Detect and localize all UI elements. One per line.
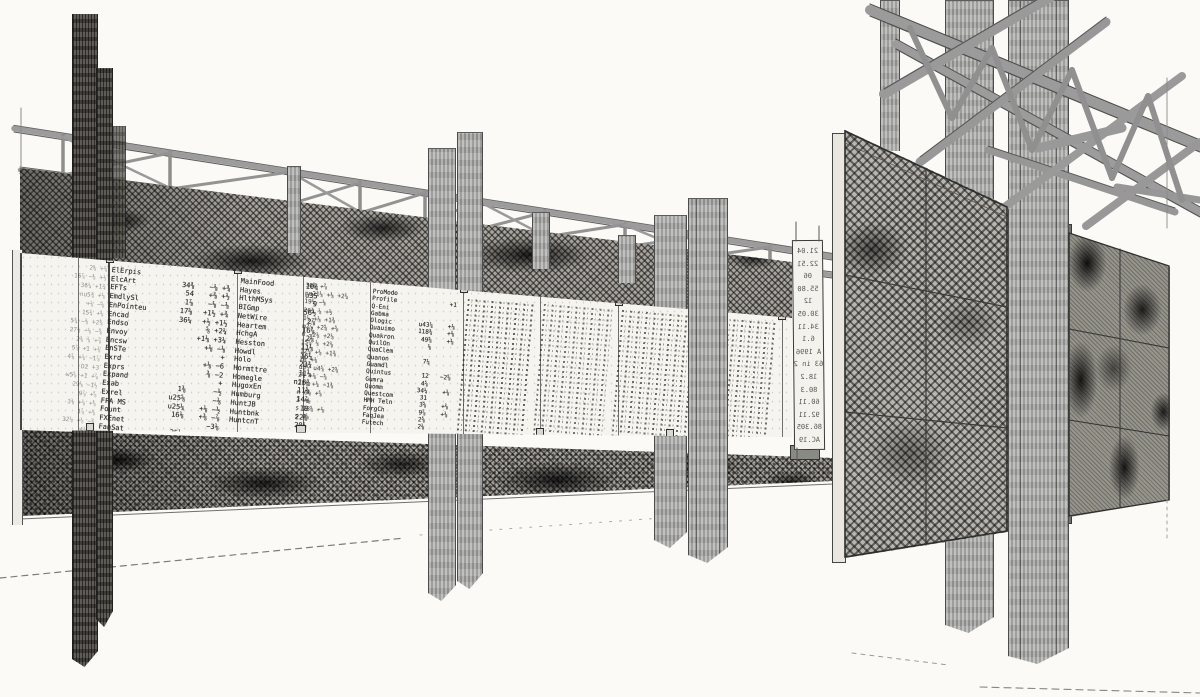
mirrored-number-strip: 21.0422.510655.801230.0534.116.1A 199663… — [792, 240, 825, 450]
panel-clamp — [86, 423, 94, 431]
mirrored-number: 22.51 — [793, 257, 822, 270]
ticker-price: 2⅛ — [398, 422, 425, 431]
foreground-steel-column — [1008, 0, 1069, 664]
mirrored-number: 30.05 — [794, 308, 823, 321]
mirrored-number: A 1996 — [794, 346, 823, 359]
truss-vertical-member — [880, 0, 900, 151]
mirrored-number: 21.04 — [793, 245, 822, 258]
ticker-panel-e-list: ElErpis ElcArt 34⅜ −⅛ +¾ EFTs 54 +⅜ +½ E… — [98, 266, 231, 441]
mesh-panel-edge-return — [832, 133, 846, 563]
mirrored-number: AC.19 — [795, 434, 824, 447]
truss-post-plate — [287, 166, 301, 253]
panel-clamp — [296, 425, 306, 433]
steel-fin-7 — [618, 235, 636, 283]
panel-clamp — [666, 429, 674, 437]
mirrored-number: 80.3 — [794, 383, 823, 396]
mirrored-number: 60.11 — [795, 396, 824, 409]
ticker-panel-q-list: ProModo Profile +1 Q-Eni Gabma Ologic u4… — [361, 288, 457, 433]
mirrored-number: 92.11 — [795, 409, 824, 422]
mirrored-number: 18.2 — [794, 371, 823, 384]
dense-ticker-texture-1 — [456, 296, 535, 441]
steel-fin-6 — [532, 212, 550, 269]
mirrored-number: 63 in 2n — [794, 358, 823, 371]
ticker-panel-h-side-values: 30⅝ +⅞nu21⅛ +⅛ +2¼19¼ −⅛26¾ ⅛ +½1½ +⅛ +1… — [294, 282, 365, 426]
ticker-panel-left-faint: 2⅛ +¼16⅞ −⅛ +½36¼ +1¾nu5¾ +⅛+⅛ −⅝15¾ +⅛5… — [10, 258, 108, 435]
mirrored-number: 55.80 — [793, 283, 822, 296]
dark-fin-column-3 — [112, 126, 126, 258]
ticker-change — [426, 424, 447, 433]
dense-ticker-texture-2 — [533, 302, 614, 441]
steel-fin-column-9 — [688, 198, 728, 563]
mirrored-number: 86.305 — [795, 421, 824, 434]
ticker-symbol: Futech — [361, 419, 396, 429]
architectural-sketch-stage: 2⅛ +¼16⅞ −⅛ +½36¼ +1¾nu5¾ +⅛+⅛ −⅝15¾ +⅛5… — [0, 0, 1200, 697]
mirrored-number: 6.1 — [794, 333, 823, 346]
panel-divider — [782, 315, 783, 439]
mirrored-number: 34.11 — [794, 320, 823, 333]
mirrored-number: 12 — [793, 295, 822, 308]
camouflage-texture-panel — [1066, 228, 1172, 520]
mirrored-number: 06 — [793, 270, 822, 283]
